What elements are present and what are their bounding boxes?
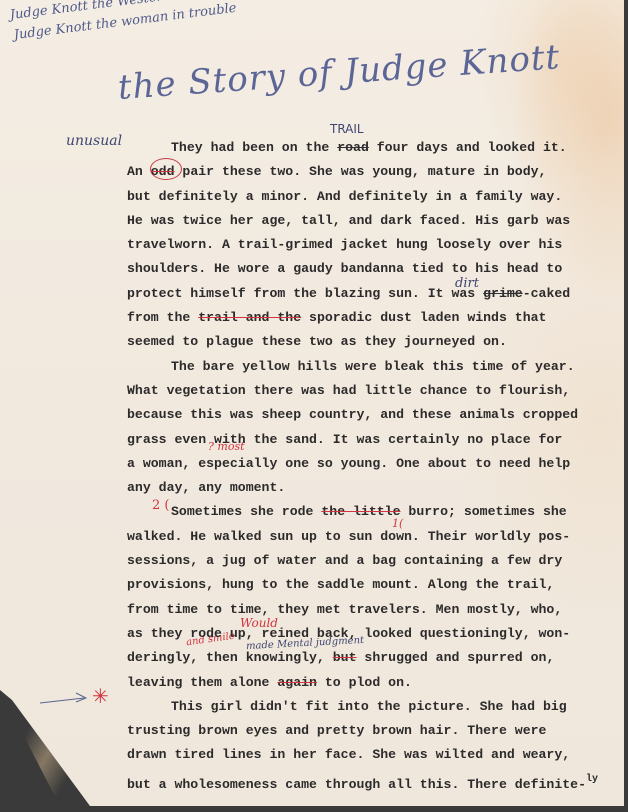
- typed-line: drawn tired lines in her face. She was w…: [127, 743, 567, 767]
- typed-line: grass even with the sand. It was certain…: [127, 428, 567, 452]
- typed-line: trusting brown eyes and pretty brown hai…: [127, 719, 567, 743]
- typed-line: They had been on the road four days and …: [127, 136, 567, 160]
- typed-line: sessions, a jug of water and a bag conta…: [127, 549, 567, 573]
- margin-arrow-icon: [40, 692, 90, 702]
- typed-line: Sometimes she rode the little burro; som…: [127, 500, 567, 524]
- typed-line: The bare yellow hills were bleak this ti…: [127, 355, 567, 379]
- struck-word-red: the little: [321, 504, 400, 519]
- typed-line: What vegetation there was had little cha…: [127, 379, 567, 403]
- typed-line: An odd pair these two. She was young, ma…: [127, 160, 567, 184]
- margin-star-icon: ✳: [92, 684, 109, 708]
- typed-line: because this was sheep country, and thes…: [127, 403, 567, 427]
- superscript: ly: [586, 774, 598, 785]
- insert-trail: TRAIL: [330, 122, 364, 136]
- struck-word-red: again: [277, 675, 317, 690]
- typed-line: but definitely a minor. And definitely i…: [127, 185, 567, 209]
- typed-line: shoulders. He wore a gaudy bandanna tied…: [127, 257, 567, 281]
- typed-line: from the trail and the sporadic dust lad…: [127, 306, 567, 330]
- typed-line: from time to time, they met travelers. M…: [127, 598, 567, 622]
- typed-line: This girl didn't fit into the picture. S…: [127, 695, 567, 719]
- struck-word-red: odd: [151, 164, 175, 179]
- insert-unusual: unusual: [66, 133, 122, 149]
- struck-word: road: [337, 140, 369, 155]
- typed-line: deringly, then knowingly, but shrugged a…: [127, 646, 567, 670]
- typed-line: any day, any moment.: [127, 476, 567, 500]
- struck-word: grime: [483, 286, 523, 301]
- struck-word-red: trail and the: [198, 310, 301, 325]
- typed-line: as they rode up, reined back, looked que…: [127, 622, 567, 646]
- typed-line: leaving them alone again to plod on.: [127, 671, 567, 695]
- typed-line: He was twice her age, tall, and dark fac…: [127, 209, 567, 233]
- typed-line: provisions, hung to the saddle mount. Al…: [127, 573, 567, 597]
- typed-line: seemed to plague these two as they journ…: [127, 330, 567, 354]
- typed-text-body: They had been on the road four days and …: [127, 136, 567, 792]
- typed-line: a woman, especially one so young. One ab…: [127, 452, 567, 476]
- struck-word-red: but: [333, 650, 357, 665]
- typed-line: but a wholesomeness came through all thi…: [127, 768, 567, 792]
- typed-line: protect himself from the blazing sun. It…: [127, 282, 567, 306]
- typed-line: walked. He walked sun up to sun down. Th…: [127, 525, 567, 549]
- typed-line: travelworn. A trail-grimed jacket hung l…: [127, 233, 567, 257]
